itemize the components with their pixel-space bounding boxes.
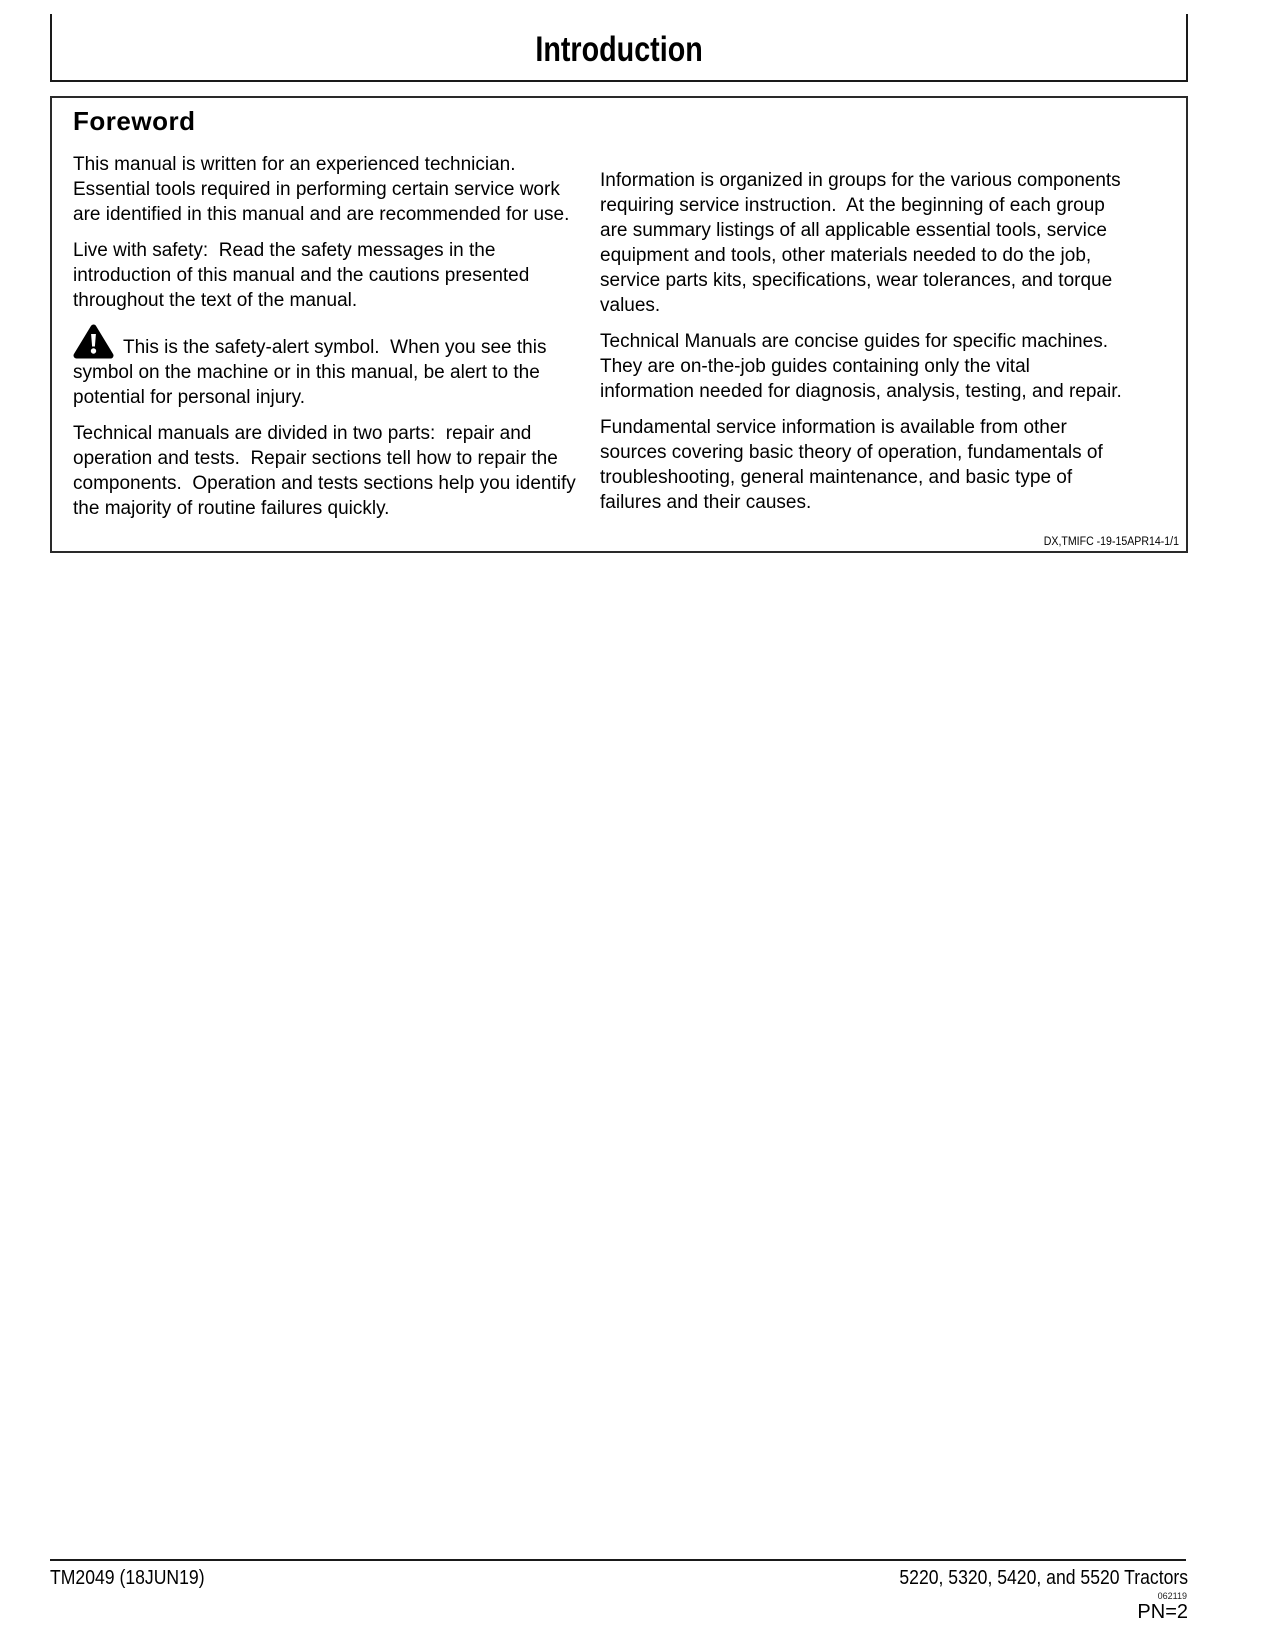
paragraph-fundamental-service: Fundamental service information is avail…	[600, 415, 1122, 515]
foreword-section: Foreword This manual is written for an e…	[50, 96, 1188, 553]
print-date: 062119	[1158, 1591, 1187, 1601]
paragraph-technician: This manual is written for an experience…	[73, 152, 579, 227]
left-column: This manual is written for an experience…	[73, 152, 579, 532]
paragraph-information-groups: Information is organized in groups for t…	[600, 168, 1122, 318]
paragraph-manual-parts: Technical manuals are divided in two par…	[73, 421, 579, 521]
page-title-box: Introduction	[50, 14, 1188, 82]
section-heading: Foreword	[73, 106, 195, 137]
page-title: Introduction	[535, 24, 702, 70]
paragraph-live-with-safety: Live with safety: Read the safety messag…	[73, 238, 579, 313]
models-text: 5220, 5320, 5420, and 5520 Tractors	[899, 1567, 1188, 1590]
safety-alert-icon	[73, 324, 114, 360]
page-number-text: PN=2	[1137, 1601, 1188, 1623]
manual-page: Introduction Foreword This manual is wri…	[0, 0, 1275, 1650]
right-column: Information is organized in groups for t…	[600, 168, 1122, 526]
manual-code-text: TM2049 (18JUN19)	[50, 1567, 205, 1590]
footer-models: 5220, 5320, 5420, and 5520 Tractors	[860, 1567, 1188, 1590]
footer-manual-code: TM2049 (18JUN19)	[50, 1567, 226, 1590]
paragraph-safety-alert: This is the safety-alert symbol. When yo…	[73, 324, 579, 410]
safety-alert-text: This is the safety-alert symbol. When yo…	[73, 337, 552, 408]
footer-divider	[50, 1559, 1186, 1561]
document-reference-code: DX,TMIFC -19-15APR14-1/1	[1044, 536, 1179, 548]
page-number: PN=2	[1137, 1601, 1188, 1624]
paragraph-concise-guides: Technical Manuals are concise guides for…	[600, 329, 1122, 404]
